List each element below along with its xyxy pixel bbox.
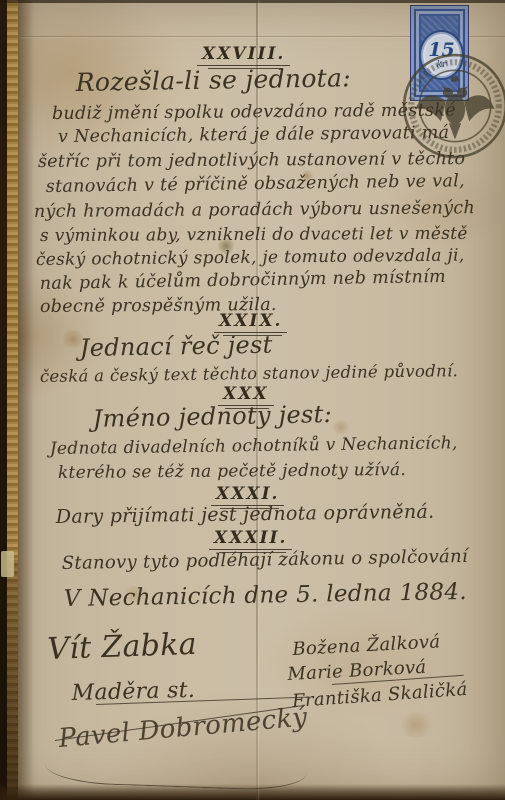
- section-heading-xxix: XXIX.: [214, 311, 287, 333]
- section-heading-xxxii: XXXII.: [209, 528, 292, 550]
- manuscript-line: Stanovy tyto podléhají zákonu o spolčová…: [62, 546, 469, 574]
- manuscript-line: kterého se též na pečetě jednoty užívá.: [58, 460, 406, 483]
- manuscript-line: v Nechanicích, která je dále spravovati …: [58, 123, 450, 147]
- section-heading-xxviii: XXVIII.: [197, 44, 290, 66]
- manuscript-line: budiž jmění spolku odevzdáno radě městsk…: [52, 100, 456, 124]
- stain: [330, 420, 352, 434]
- signature: Božena Žalková: [292, 631, 441, 660]
- page-top-edge: [0, 0, 505, 3]
- spine-label: [1, 551, 14, 577]
- manuscript-line: Rozešla-li se jednota:: [75, 63, 351, 97]
- manuscript-line: český ochotnický spolek, je tomuto odevz…: [36, 246, 465, 270]
- signature: Marie Borková: [287, 657, 427, 685]
- manuscript-line: Dary přijímati jest jednota oprávněná.: [56, 501, 435, 528]
- section-number: XXXII.: [209, 528, 292, 550]
- signature: Františka Skaličká: [292, 679, 469, 712]
- stain: [396, 712, 436, 738]
- manuscript-line: stanovách v té příčině obsažených neb ve…: [46, 171, 465, 197]
- manuscript-line: Jednota divadelních ochotníků v Nechanic…: [50, 433, 458, 459]
- manuscript-line: ných hromadách a poradách výboru usnešen…: [34, 198, 475, 222]
- book-binding: [0, 0, 7, 800]
- section-number: XXVIII.: [197, 44, 290, 66]
- manuscript-line: šetříc při tom jednotlivých ustanovení v…: [38, 149, 465, 172]
- dateline: V Nechanicích dne 5. ledna 1884.: [64, 579, 468, 612]
- signature: Vít Žabka: [47, 627, 198, 667]
- manuscript-line: česká a český text těchto stanov jediné …: [40, 361, 459, 386]
- manuscript-line: Jméno jednoty jest:: [92, 400, 332, 433]
- manuscript-line: Jednací řeč jest: [80, 331, 273, 362]
- manuscript-line: s výminkou aby, vznikneli do dvaceti let…: [40, 224, 468, 246]
- binding-shadow: [18, 0, 34, 800]
- page-edges-shadow: [7, 560, 18, 800]
- manuscript-page: 15 kr XXVIII. Rozešla-li se jednota: bud…: [0, 0, 505, 800]
- manuscript-line: nak pak k účelům dobročinným neb místním: [40, 267, 446, 294]
- section-number: XXIX.: [214, 311, 287, 333]
